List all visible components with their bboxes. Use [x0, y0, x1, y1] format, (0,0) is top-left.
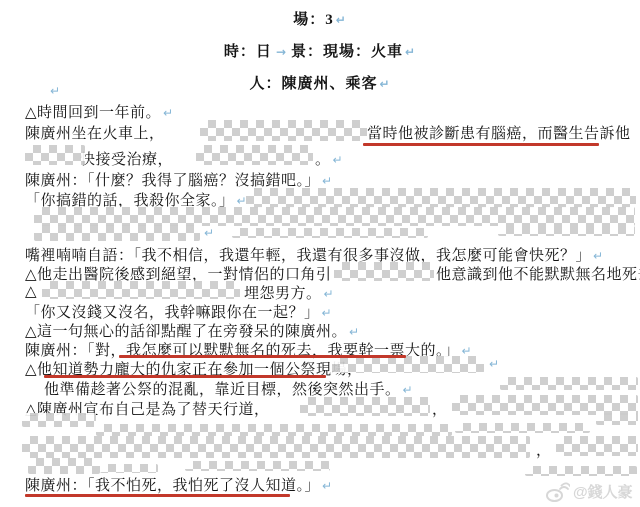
- redaction-block: [498, 226, 635, 236]
- redaction-block: [596, 413, 638, 425]
- redaction-block: [455, 423, 590, 433]
- paragraph-mark-icon: ↵: [204, 226, 214, 240]
- script-line-train-prefix: 陳廣州坐在火車上，: [25, 122, 165, 143]
- script-line-treatment: 快接受治療，: [80, 148, 173, 169]
- redaction-block: [525, 466, 637, 476]
- cast-label: 人：陳廣州、乘客: [249, 76, 377, 92]
- redaction-block: [22, 436, 530, 458]
- paragraph-mark-icon: ↵: [322, 287, 335, 301]
- paragraph-mark-icon: ↵: [591, 249, 604, 263]
- script-line-train-highlight: 當時他被診斷患有腦癌，而醫生告訴他: [367, 122, 631, 143]
- script-line-awakening: △這一句無心的話卻點醒了在旁發呆的陳廣州。↵: [25, 320, 360, 341]
- location-label: 景：現場：火車: [291, 44, 403, 60]
- redaction-block: [196, 145, 313, 165]
- redaction-block: [28, 458, 100, 474]
- paragraph-mark-icon: ↵: [334, 13, 347, 27]
- script-line-final: 陳廣州：「我不怕死，我怕死了沒人知道。」↵: [25, 474, 333, 495]
- cast-heading: 人：陳廣州、乘客↵: [0, 72, 640, 93]
- redaction-block: [452, 395, 638, 415]
- paragraph-mark-icon: ↵: [331, 153, 344, 167]
- redaction-block: [556, 436, 638, 456]
- stray-comma: ，: [536, 439, 552, 460]
- paragraph-mark-icon: ↵: [161, 106, 174, 120]
- weibo-watermark: @錢人豪: [546, 481, 633, 502]
- paragraph-mark-icon: ↵: [347, 325, 360, 339]
- paragraph-mark-icon: ↵: [320, 306, 333, 320]
- tab-arrow-icon: →: [272, 45, 291, 59]
- paragraph-mark-icon: ↵: [489, 357, 499, 371]
- script-line-quarrel-marker: △: [25, 282, 37, 301]
- redaction-block: [185, 461, 330, 471]
- paragraph-mark-icon: ↵: [50, 84, 60, 98]
- script-line-complaint: 「你又沒錢又沒名，我幹嘛跟你在一起？」↵: [25, 301, 332, 322]
- script-line-disbelief: 陳廣州：「什麼？我得了腦癌？沒搞錯吧。」↵: [25, 169, 333, 190]
- redaction-block: [34, 225, 200, 241]
- redaction-block: [300, 397, 430, 416]
- weibo-icon: [546, 482, 570, 502]
- script-line-plan: 他準備趁著公祭的混亂，靠近目標，然後突然出手。↵: [44, 378, 413, 399]
- paragraph-mark-icon: ↵: [403, 45, 416, 59]
- highlight-underline: [119, 355, 406, 358]
- redaction-block: [232, 228, 428, 238]
- time-label: 時：日: [224, 44, 272, 60]
- redaction-block: [100, 464, 158, 473]
- scene-number: 場：3: [293, 12, 334, 28]
- redaction-block: [332, 356, 484, 373]
- script-line-despair-suffix: 他意識到他不能默默無名地死去。↵: [436, 263, 640, 284]
- redaction-block: [500, 377, 638, 390]
- paragraph-mark-icon: ↵: [320, 174, 333, 188]
- script-line-flashback: △時間回到一年前。↵: [25, 101, 174, 122]
- redaction-block: [246, 188, 636, 208]
- redaction-block: [22, 413, 96, 427]
- highlight-underline: [363, 143, 599, 146]
- time-location-heading: 時：日→景：現場：火車↵: [0, 40, 640, 61]
- redaction-block: [34, 207, 635, 226]
- scene-heading: 場：3↵: [0, 8, 640, 29]
- redaction-block: [96, 424, 452, 436]
- script-line-murmur: 嘴裡喃喃自語：「我不相信，我還年輕，我還有很多事沒做，我怎麼可能會快死？」↵: [25, 244, 604, 265]
- highlight-underline: [25, 494, 290, 497]
- paragraph-mark-icon: ↵: [320, 479, 333, 493]
- redaction-block: [334, 262, 434, 281]
- redaction-block: [42, 281, 240, 299]
- redaction-block: [25, 145, 85, 165]
- script-page: 場：3↵ 時：日→景：現場：火車↵ 人：陳廣州、乘客↵ ↵ △時間回到一年前。↵…: [0, 0, 640, 507]
- stray-comma: ，: [432, 398, 448, 419]
- highlight-underline: [44, 375, 326, 378]
- script-line-quarrel-suffix: 埋怨男方。↵: [244, 282, 334, 303]
- redaction-block: [200, 120, 367, 141]
- watermark-handle: @錢人豪: [573, 481, 633, 502]
- paragraph-mark-icon: ↵: [401, 383, 414, 397]
- script-line-treatment-end: 。↵: [315, 148, 343, 169]
- paragraph-mark-icon: ↵: [377, 77, 390, 91]
